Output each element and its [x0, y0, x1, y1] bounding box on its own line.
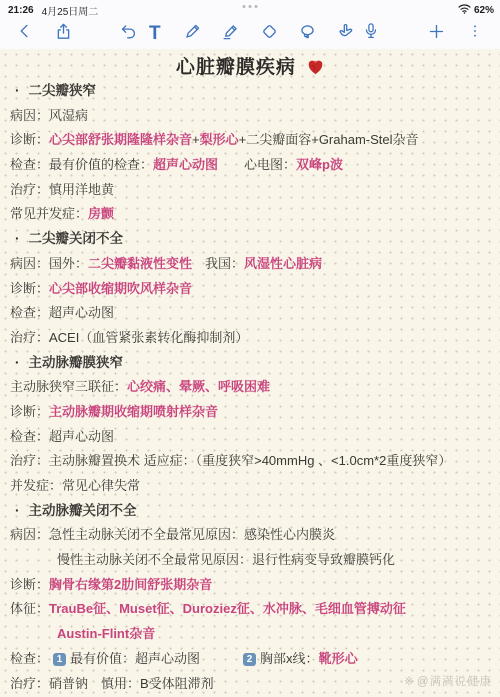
- plus-icon: [427, 22, 446, 46]
- note-line: 主动脉狭窄三联征：心绞痛、晕厥、呼吸困难: [0, 375, 500, 400]
- text-segment: 风湿性心脏病: [244, 256, 322, 271]
- battery-percent: 62%: [474, 5, 494, 16]
- status-bar: 21:26 4月25日周二 62%: [0, 0, 500, 17]
- share-button[interactable]: [50, 21, 76, 47]
- text-segment: 我国：: [192, 256, 244, 271]
- text-segment: 心电图：: [218, 157, 296, 172]
- date-label: 4月25日周二: [42, 3, 99, 18]
- undo-icon: [119, 22, 138, 46]
- section-heading: ·主动脉瓣关闭不全: [0, 499, 500, 524]
- note-line: 检查：最有价值的检查：超声心动图 心电图：双峰p波: [0, 153, 500, 178]
- text-segment: 二尖瓣狭窄: [29, 83, 97, 98]
- text-segment: 治疗：ACEI（血管紧张素转化酶抑制剂）: [10, 330, 248, 345]
- bullet-dot: ·: [15, 227, 20, 252]
- text-segment: +: [192, 132, 200, 147]
- note-line: 检查：超声心动图: [0, 301, 500, 326]
- highlighter-tool-button[interactable]: [218, 21, 244, 47]
- text-segment: 胸骨右缘第2肋间舒张期杂音: [49, 577, 212, 592]
- note-line: 病因：急性主动脉关闭不全最常见原因：感染性心内膜炎: [0, 523, 500, 548]
- clock: 21:26: [8, 5, 34, 16]
- section-heading: ·二尖瓣狭窄: [0, 79, 500, 104]
- text-tool-icon: T: [149, 23, 161, 45]
- top-chrome: 21:26 4月25日周二 62%: [0, 0, 500, 49]
- text-segment: 梨形心: [200, 132, 239, 147]
- note-body: ·二尖瓣狭窄病因：风湿病诊断：心尖部舒张期隆隆样杂音+梨形心+二尖瓣面容+Gra…: [0, 79, 500, 696]
- text-segment: +二尖瓣面容+Graham-Stel杂音: [239, 132, 419, 147]
- bullet-dot: ·: [15, 351, 20, 376]
- note-line: 检查：超声心动图: [0, 425, 500, 450]
- note-line: 治疗：慎用洋地黄: [0, 178, 500, 203]
- keycap-1-badge: 1: [53, 653, 66, 666]
- text-segment: 治疗：硝普钠 慎用：B受体阻滞剂: [10, 676, 214, 691]
- ellipsis-vertical-icon: [467, 22, 483, 45]
- note-line: 治疗：主动脉瓣置换术 适应症：（重度狭窄>40mmHg 、<1.0cm*2重度狭…: [0, 449, 500, 474]
- status-left: 21:26 4月25日周二: [8, 3, 98, 18]
- title-row: 心脏瓣膜疾病: [0, 49, 500, 79]
- text-segment: 诊断：: [10, 577, 49, 592]
- text-segment: 主动脉瓣膜狭窄: [29, 355, 124, 370]
- text-segment: 二尖瓣黏液性变性: [88, 256, 192, 271]
- text-segment: 治疗：主动脉瓣置换术 适应症：（重度狭窄>40mmHg 、<1.0cm*2重度狭…: [10, 453, 451, 468]
- text-segment: 病因：国外：: [10, 256, 88, 271]
- note-line: 诊断：心尖部收缩期吹风样杂音: [0, 277, 500, 302]
- text-segment: 治疗：慎用洋地黄: [10, 182, 114, 197]
- note-line: 诊断：心尖部舒张期隆隆样杂音+梨形心+二尖瓣面容+Graham-Stel杂音: [0, 128, 500, 153]
- text-segment: 检查：超声心动图: [10, 429, 114, 444]
- pointer-tool-button[interactable]: [332, 21, 358, 47]
- undo-button[interactable]: [116, 21, 142, 47]
- text-segment: 诊断：: [10, 281, 49, 296]
- text-segment: TrauBe征、Muset征、Duroziez征、水冲脉、毛细血管搏动征: [49, 601, 406, 616]
- text-segment: 并发症：常见心律失常: [10, 478, 140, 493]
- text-segment: 双峰p波: [296, 157, 343, 172]
- add-page-button[interactable]: [424, 21, 450, 47]
- page-title: 心脏瓣膜疾病: [176, 57, 296, 78]
- text-segment: 检查：超声心动图: [10, 305, 114, 320]
- text-segment: 房颤: [88, 206, 114, 221]
- text-segment: 诊断：: [10, 132, 49, 147]
- note-line: 常见并发症：房颤: [0, 202, 500, 227]
- text-segment: 主动脉狭窄三联征：: [10, 379, 127, 394]
- note-line: 诊断：主动脉瓣期收缩期喷射样杂音: [0, 400, 500, 425]
- note-line: 慢性主动脉关闭不全最常见原因：退行性病变导致瓣膜钙化: [0, 548, 500, 573]
- note-line: 并发症：常见心律失常: [0, 474, 500, 499]
- text-segment: 体征：: [10, 601, 49, 616]
- anatomical-heart-icon: [307, 59, 324, 82]
- text-segment: 常见并发症：: [10, 206, 88, 221]
- watermark-logo-icon: ※: [404, 674, 415, 688]
- bullet-dot: ·: [15, 499, 20, 524]
- text-segment: 心尖部舒张期隆隆样杂音: [49, 132, 192, 147]
- microphone-icon: [362, 22, 380, 45]
- multitasking-dots-icon: [243, 5, 258, 8]
- text-segment: 病因：急性主动脉关闭不全最常见原因：感染性心内膜炎: [10, 527, 335, 542]
- section-heading: ·主动脉瓣膜狭窄: [0, 351, 500, 376]
- text-segment: 主动脉瓣关闭不全: [29, 503, 137, 518]
- text-segment: 最有价值：超声心动图: [70, 651, 200, 666]
- text-segment: 检查：: [10, 651, 49, 666]
- microphone-button[interactable]: [358, 21, 384, 47]
- more-options-button[interactable]: [462, 21, 488, 47]
- bullet-dot: ·: [15, 79, 20, 104]
- lasso-tool-button[interactable]: [294, 21, 320, 47]
- text-segment: 胸部x线：: [260, 651, 319, 666]
- note-line: 诊断：胸骨右缘第2肋间舒张期杂音: [0, 573, 500, 598]
- text-segment: 心绞痛、晕厥、呼吸困难: [127, 379, 270, 394]
- text-segment: 慢性主动脉关闭不全最常见原因：退行性病变导致瓣膜钙化: [57, 552, 395, 567]
- pen-tool-button[interactable]: [180, 21, 206, 47]
- text-segment: Austin-Flint杂音: [57, 626, 155, 641]
- text-segment: 超声心动图: [153, 157, 218, 172]
- watermark: ※ @满满说健康: [404, 673, 492, 689]
- note-line: 治疗：ACEI（血管紧张素转化酶抑制剂）: [0, 326, 500, 351]
- text-segment: 二尖瓣关闭不全: [29, 231, 124, 246]
- status-right: 62%: [458, 4, 494, 17]
- note-line: 检查：1最有价值：超声心动图 2胸部x线：靴形心: [0, 647, 500, 672]
- eraser-tool-button[interactable]: [256, 21, 282, 47]
- note-line: 体征：TrauBe征、Muset征、Duroziez征、水冲脉、毛细血管搏动征: [0, 597, 500, 622]
- section-heading: ·二尖瓣关闭不全: [0, 227, 500, 252]
- text-segment: 主动脉瓣期收缩期喷射样杂音: [49, 404, 218, 419]
- note-line: 病因：风湿病: [0, 104, 500, 129]
- keycap-2-badge: 2: [243, 653, 256, 666]
- chevron-left-icon: [16, 22, 34, 45]
- text-segment: 病因：风湿病: [10, 108, 88, 123]
- note-page[interactable]: 心脏瓣膜疾病 ·二尖瓣狭窄病因：风湿病诊断：心尖部舒张期隆隆样杂音+梨形心+二尖…: [0, 49, 500, 697]
- pointing-hand-icon: [336, 22, 355, 46]
- pen-icon: [183, 22, 202, 46]
- notes-app-screen: 21:26 4月25日周二 62%: [0, 0, 500, 697]
- note-line: 病因：国外：二尖瓣黏液性变性 我国：风湿性心脏病: [0, 252, 500, 277]
- lasso-icon: [298, 22, 317, 46]
- text-segment: 诊断：: [10, 404, 49, 419]
- wifi-icon: [458, 4, 471, 17]
- text-segment: [200, 651, 239, 666]
- watermark-text: @满满说健康: [417, 673, 492, 689]
- text-segment: 靴形心: [319, 651, 358, 666]
- highlighter-icon: [221, 22, 240, 46]
- text-segment: 检查：最有价值的检查：: [10, 157, 153, 172]
- text-segment: 心尖部收缩期吹风样杂音: [49, 281, 192, 296]
- back-button[interactable]: [12, 21, 38, 47]
- share-icon: [54, 22, 73, 46]
- text-tool-button[interactable]: T: [142, 21, 168, 47]
- note-line: Austin-Flint杂音: [0, 622, 500, 647]
- eraser-icon: [260, 22, 279, 46]
- toolbar: T: [0, 17, 500, 51]
